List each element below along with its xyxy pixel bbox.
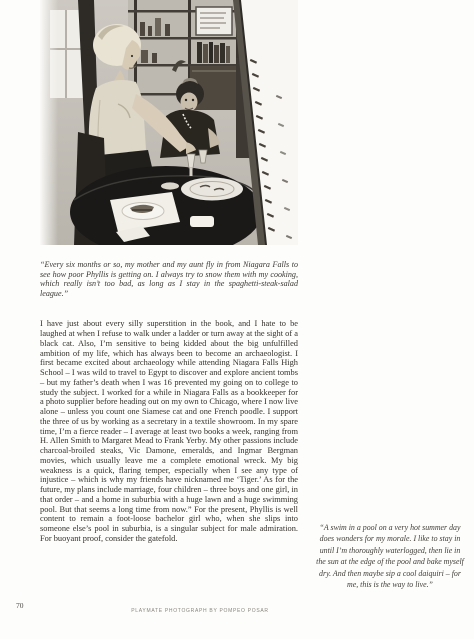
butter-dish [190, 216, 214, 227]
photo-left-fade [40, 0, 58, 245]
photo-credit: PLAYMATE PHOTOGRAPH BY POMPEO POSAR [80, 608, 320, 614]
article-body-text: I have just about every silly superstiti… [40, 319, 298, 543]
photo-illustration [40, 0, 298, 245]
framed-picture [196, 7, 232, 35]
page-number: 70 [16, 601, 24, 610]
pull-quote: “A swim in a pool on a very hot summer d… [314, 522, 466, 591]
saucer [161, 182, 179, 189]
magazine-page: “Every six months or so, my mother and m… [0, 0, 474, 639]
photo-caption: “Every six months or so, my mother and m… [40, 260, 298, 298]
playmate-kitchen-photo [40, 0, 298, 245]
